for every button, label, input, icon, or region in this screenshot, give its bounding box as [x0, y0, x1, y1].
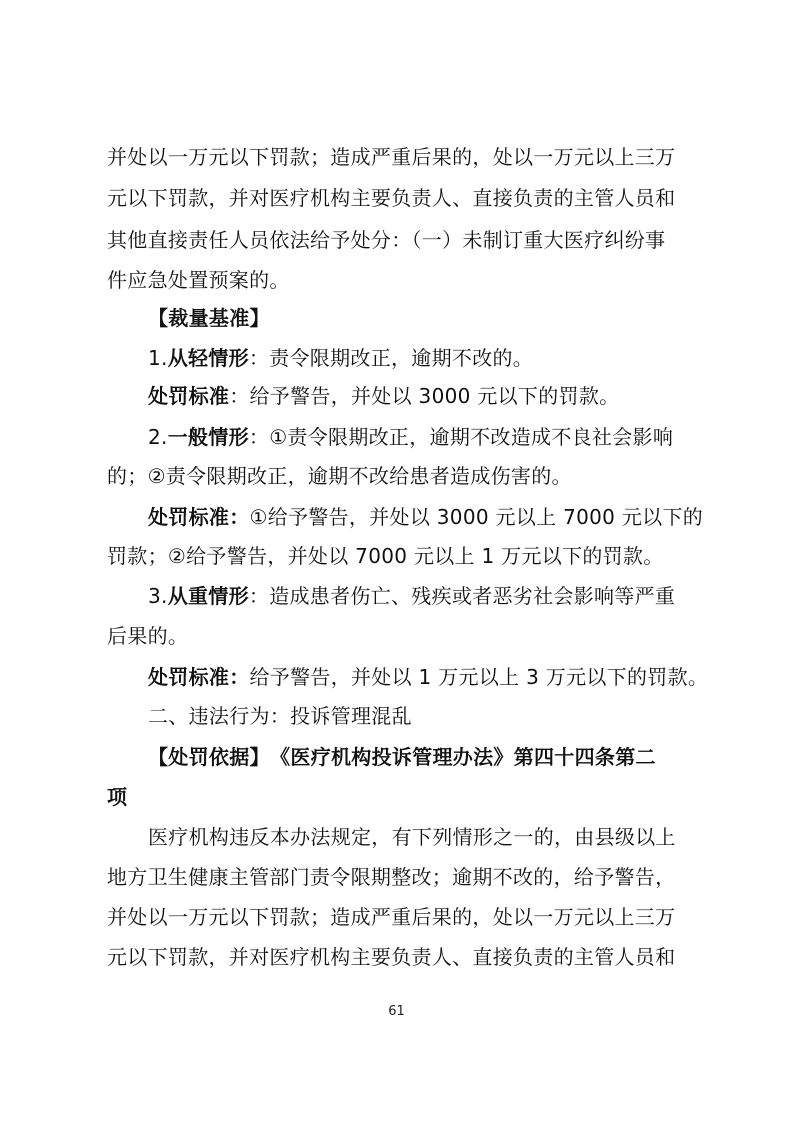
penalty-standard-line: 处罚标准：给予警告，并处以 1 万元以上 3 万元以下的罚款。	[148, 664, 694, 690]
page-number: 61	[0, 1004, 793, 1019]
paragraph-line: 其他直接责任人员依法给予处分：（一）未制订重大医疗纠纷事	[107, 227, 694, 253]
violation-heading: 二、违法行为：投诉管理混乱	[148, 703, 694, 729]
paragraph-line: 并处以一万元以下罚款；造成严重后果的，处以一万元以上三万	[107, 904, 694, 930]
paragraph-line: 罚款；②给予警告，并处以 7000 元以上 1 万元以下的罚款。	[107, 543, 694, 569]
paragraph-line: 元以下罚款，并对医疗机构主要负责人、直接负责的主管人员和	[107, 944, 694, 970]
penalty-standard-line: 处罚标准：①给予警告，并处以 3000 元以上 7000 元以下的	[148, 504, 694, 530]
penalty-basis-heading-cont: 项	[107, 784, 694, 810]
paragraph-line: 后果的。	[107, 623, 694, 649]
paragraph-line: 地方卫生健康主管部门责令限期整改；逾期不改的，给予警告，	[107, 864, 694, 890]
paragraph-line: 件应急处置预案的。	[107, 267, 694, 293]
paragraph-line: 的；②责令限期改正，逾期不改给患者造成伤害的。	[107, 463, 694, 489]
paragraph-line: 元以下罚款，并对医疗机构主要负责人、直接负责的主管人员和	[107, 185, 694, 211]
section-heading-discretion-standard: 【裁量基准】	[148, 305, 694, 331]
paragraph-line: 并处以一万元以下罚款；造成严重后果的，处以一万元以上三万	[107, 144, 694, 170]
light-case-line: 1.从轻情形：责令限期改正，逾期不改的。	[148, 345, 694, 371]
general-case-line: 2.一般情形：①责令限期改正，逾期不改造成不良社会影响	[148, 424, 694, 450]
heavy-case-line: 3.从重情形：造成患者伤亡、残疾或者恶劣社会影响等严重	[148, 583, 694, 609]
penalty-standard-line: 处罚标准：给予警告，并处以 3000 元以下的罚款。	[148, 383, 694, 409]
penalty-basis-heading: 【处罚依据】 《医疗机构投诉管理办法》第四十四条第二	[148, 744, 694, 770]
paragraph-line: 医疗机构违反本办法规定，有下列情形之一的，由县级以上	[148, 824, 694, 850]
